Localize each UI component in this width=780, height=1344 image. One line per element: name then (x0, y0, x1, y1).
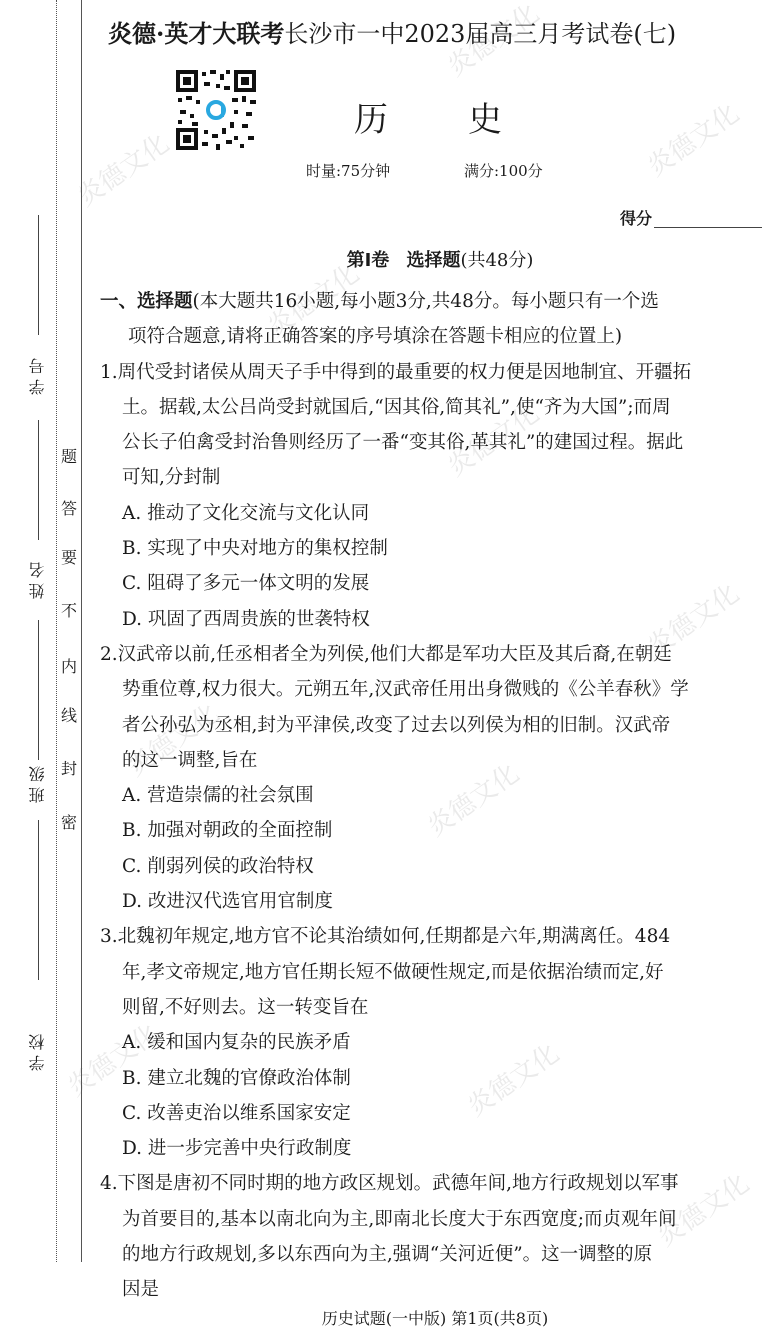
student-id-line (38, 215, 39, 335)
exam-duration: 时量:75分钟 (306, 160, 390, 181)
question-2-line: 的这一调整,旨在 (100, 743, 770, 778)
option-b: B. 加强对朝政的全面控制 (100, 813, 770, 848)
full-score: 满分:100分 (464, 160, 543, 181)
section-part: 第Ⅰ卷 (347, 250, 390, 271)
section-title: 第Ⅰ卷 选择题(共48分) (0, 246, 780, 272)
qr-code-icon (176, 70, 256, 150)
student-id-label: 学 号 (26, 358, 49, 395)
subject-char-2: 史 (468, 92, 502, 141)
question-4-line: 4.下图是唐初不同时期的地方政区规划。武德年间,地方行政规划以军事 (100, 1166, 770, 1201)
score-blank (654, 227, 762, 228)
binding-solid-line (81, 0, 82, 1262)
option-d: D. 改进汉代选官用官制度 (100, 884, 770, 919)
option-a: A. 推动了文化交流与文化认同 (100, 496, 770, 531)
exam-title: 炎德·英才大联考长沙市一中2023届高三月考试卷(七) (108, 14, 676, 49)
exam-name: 长沙市一中2023届高三月考试卷(七) (284, 20, 676, 48)
question-3-line: 年,孝文帝规定,地方官任期长短不做硬性规定,而是依据治绩而定,好 (100, 955, 770, 990)
name-line (38, 420, 39, 540)
option-d: D. 巩固了西周贵族的世袭特权 (100, 602, 770, 637)
option-b: B. 建立北魏的官僚政治体制 (100, 1061, 770, 1096)
question-2-line: 势重位尊,权力很大。元朔五年,汉武帝任用出身微贱的《公羊春秋》学 (100, 672, 770, 707)
option-b: B. 实现了中央对地方的集权控制 (100, 531, 770, 566)
option-c: C. 改善吏治以维系国家安定 (100, 1096, 770, 1131)
instructions-text: (本大题共16小题,每小题3分,共48分。每小题只有一个选 (193, 291, 659, 312)
option-d: D. 进一步完善中央行政制度 (100, 1131, 770, 1166)
seal-char: 题 (60, 444, 78, 467)
school-label: 学 校 (26, 1034, 49, 1071)
question-content: 一、选择题(本大题共16小题,每小题3分,共48分。每小题只有一个选 项符合题意… (100, 284, 770, 1308)
instructions-line-1: 一、选择题(本大题共16小题,每小题3分,共48分。每小题只有一个选 (100, 284, 770, 319)
watermark: 炎德文化 (639, 94, 745, 184)
binding-dotted-line (56, 0, 57, 1262)
question-4-line: 为首要目的,基本以南北向为主,即南北长度大于东西宽度;而贞观年间 (100, 1202, 770, 1237)
seal-char: 不 (60, 598, 78, 621)
class-label: 班 级 (26, 766, 49, 803)
option-a: A. 缓和国内复杂的民族矛盾 (100, 1025, 770, 1060)
question-number: 2. (100, 644, 118, 665)
exam-brand: 炎德·英才大联考 (108, 19, 284, 48)
school-line (38, 820, 39, 980)
question-4-line: 因是 (100, 1272, 770, 1307)
question-number: 1. (100, 362, 118, 383)
question-number: 3. (100, 926, 118, 947)
section-name: 选择题 (406, 250, 460, 271)
seal-char: 线 (60, 703, 78, 726)
instructions-heading: 一、选择题 (100, 291, 193, 312)
question-1-line: 1.周代受封诸侯从周天子手中得到的最重要的权力便是因地制宜、开疆拓 (100, 355, 770, 390)
question-text: 汉武帝以前,任丞相者全为列侯,他们大都是军功大臣及其后裔,在朝廷 (118, 644, 672, 665)
seal-char: 内 (60, 654, 78, 677)
name-label: 姓 名 (26, 562, 49, 599)
subject-char-1: 历 (354, 92, 388, 141)
question-1-line: 可知,分封制 (100, 460, 770, 495)
seal-char: 答 (60, 496, 78, 519)
question-3-line: 3.北魏初年规定,地方官不论其治绩如何,任期都是六年,期满离任。484 (100, 919, 770, 954)
instructions-line-2: 项符合题意,请将正确答案的序号填涂在答题卡相应的位置上) (100, 319, 770, 354)
section-points: (共48分) (460, 250, 533, 271)
seal-char: 要 (60, 545, 78, 568)
option-a: A. 营造崇儒的社会氛围 (100, 778, 770, 813)
option-c: C. 阻碍了多元一体文明的发展 (100, 566, 770, 601)
question-1-line: 公长子伯禽受封治鲁则经历了一番“变其俗,革其礼”的建国过程。据此 (100, 425, 770, 460)
question-text: 北魏初年规定,地方官不论其治绩如何,任期都是六年,期满离任。484 (118, 926, 670, 947)
question-text: 下图是唐初不同时期的地方政区规划。武德年间,地方行政规划以军事 (118, 1173, 679, 1194)
watermark: 炎德文化 (69, 124, 175, 214)
class-line-upper (38, 620, 39, 760)
score-label: 得分 (620, 206, 652, 229)
seal-char: 密 (60, 810, 78, 833)
option-c: C. 削弱列侯的政治特权 (100, 849, 770, 884)
question-number: 4. (100, 1173, 118, 1194)
question-2-line: 2.汉武帝以前,任丞相者全为列侯,他们大都是军功大臣及其后裔,在朝廷 (100, 637, 770, 672)
question-1-line: 土。据载,太公吕尚受封就国后,“因其俗,简其礼”,使“齐为大国”;而周 (100, 390, 770, 425)
question-3-line: 则留,不好则去。这一转变旨在 (100, 990, 770, 1025)
page-footer: 历史试题(一中版) 第1页(共8页) (0, 1306, 780, 1329)
question-4-line: 的地方行政规划,多以东西向为主,强调“关河近便”。这一调整的原 (100, 1237, 770, 1272)
question-2-line: 者公孙弘为丞相,封为平津侯,改变了过去以列侯为相的旧制。汉武帝 (100, 708, 770, 743)
seal-char: 封 (60, 756, 78, 779)
question-text: 周代受封诸侯从周天子手中得到的最重要的权力便是因地制宜、开疆拓 (118, 362, 692, 383)
